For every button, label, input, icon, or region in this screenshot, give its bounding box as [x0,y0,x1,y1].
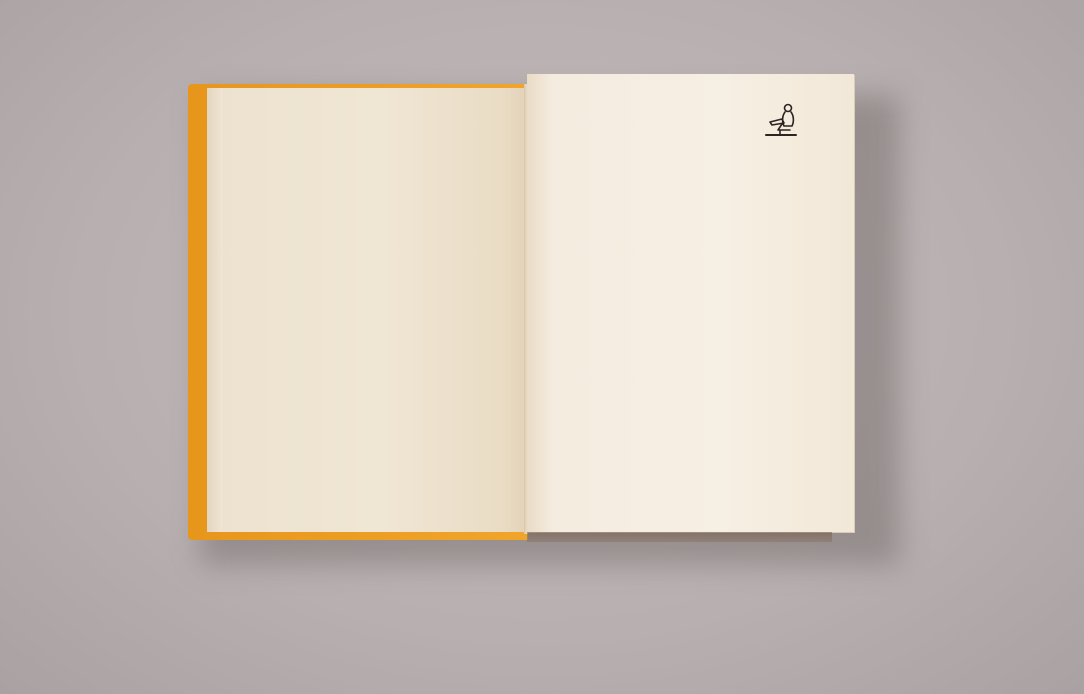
seated-reading-figure-icon [762,100,800,140]
right-page [527,74,854,532]
left-page [207,88,527,532]
page-block-edge [527,532,832,542]
left-page-fold [207,88,223,532]
photo-scene [0,0,1084,694]
